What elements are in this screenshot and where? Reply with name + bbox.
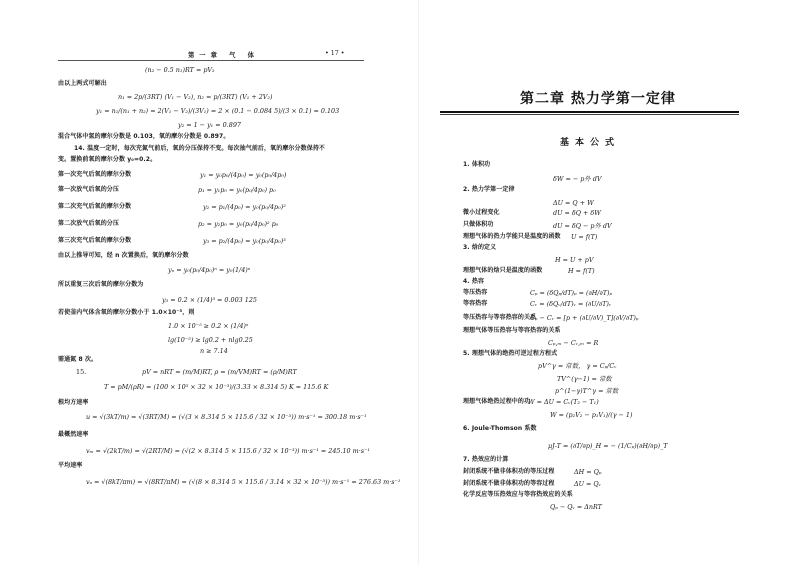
equation-n1-n2: n₁ = 2p/(3RT) (V₁ − V₂), n₂ = p/(3RT) (V… — [118, 93, 272, 101]
row-label: 理想气体等压热容与等容热容的关系 — [463, 327, 561, 335]
row-label: 封闭系统不做非体积功的等容过程 — [463, 480, 555, 488]
formula: δW = − p外 dV — [553, 174, 601, 183]
paragraph: 需通氮 8 次。 — [58, 356, 97, 364]
step-formula: y₁ = y₀p₀/(4p₀) = y₀(p₀/4p₀) — [200, 171, 286, 179]
equation-mean-speed: vₐ = √(8kT/πm) = √(8RT/πM) = (√(8 × 8.31… — [86, 478, 400, 486]
subheading: 根均方速率 — [58, 399, 89, 407]
subheading: 最概然速率 — [58, 431, 89, 439]
equation-temperature: T = pM/(ρR) = (100 × 10³ × 32 × 10⁻³)/(3… — [104, 383, 328, 391]
row-label: 理想气体绝热过程中的功 — [463, 398, 530, 406]
equation-log: lg(10⁻⁵) ≥ lg0.2 + nlg0.25 — [168, 336, 253, 344]
row-formula: H = f(T) — [568, 267, 595, 275]
paragraph: 变。置换前氧的摩尔分数 y₀=0.2。 — [58, 156, 156, 164]
row-label: 理想气体的热力学能只是温度的函数 — [463, 233, 561, 241]
step-formula: y₃ = p₂/(4p₀) = y₀(p₀/4p₀)³ — [203, 237, 286, 245]
equation-ideal-gas: pV = nRT = (m/M)RT, ρ = (m/VM)RT = (ρ/M)… — [142, 368, 297, 376]
subheading: 平均速率 — [58, 462, 82, 470]
heading-adiabatic: 5. 理想气体的绝热可逆过程方程式 — [463, 350, 557, 358]
equation-rms-speed: u = √(3kT/m) = √(3RT/M) = (√(3 × 8.314 5… — [86, 413, 367, 421]
chapter-rule — [440, 111, 739, 113]
row-formula: ΔU = Qᵥ — [574, 480, 601, 488]
row-label: 化学反应等压热效应与等容热效应的关系 — [463, 491, 573, 499]
paragraph: 所以重复三次后氧的摩尔分数为 — [58, 281, 143, 289]
left-page: 第一章 气 体 • 17 • (n₂ − 0.5 n₁)RT = pV₂ 由以上… — [0, 0, 420, 565]
row-formula: dU = δQ − p外 dV — [553, 221, 612, 230]
formula: pV^γ = 常数， γ = Cₚ/Cᵥ — [538, 361, 617, 370]
heading-heat-effect: 7. 热效应的计算 — [463, 456, 508, 464]
heading-first-law: 2. 热力学第一定律 — [463, 186, 515, 194]
row-formula: Cₚ − Cᵥ = [p + (∂U/∂V)_T](∂V/∂T)ₚ — [530, 314, 638, 322]
equation-inequality: 1.0 × 10⁻⁵ ≥ 0.2 × (1/4)ⁿ — [168, 322, 249, 330]
step-formula: p₂ = y₂p₀ = y₀(p₀/4p₀)² p₀ — [198, 220, 278, 228]
paragraph: 混合气体中氢的摩尔分数是 0.103，氧的摩尔分数是 0.897。 — [58, 133, 229, 141]
formula: ΔU = Q + W — [553, 199, 594, 207]
page-number: • 17 • — [325, 50, 344, 57]
equation-most-probable-speed: vₘ = √(2kT/m) = √(2RT/M) = (√(2 × 8.314 … — [86, 447, 370, 455]
step-label: 第二次放气后氧的分压 — [58, 220, 119, 228]
header-rule — [58, 60, 364, 61]
heading-enthalpy: 3. 焓的定义 — [463, 244, 496, 252]
row-formula: U = f(T) — [571, 233, 597, 241]
heading-joule-thomson: 6. Joule-Thomson 系数 — [463, 425, 537, 433]
step-label: 第一次放气后氧的分压 — [58, 186, 119, 194]
row-label: 理想气体的焓只是温度的函数 — [463, 267, 542, 275]
problem-15: 15. — [76, 368, 86, 376]
formula: μJ-T = (∂T/∂p)_H = − (1/Cₚ)(∂H/∂p)_T — [548, 442, 668, 450]
row-formula: dU = δQ + δW — [553, 209, 601, 217]
problem-14: 14. 温度一定时，每次充氮气前后，氧的分压保持不变。每次抽气前后，氧的摩尔分数… — [74, 145, 325, 153]
row-formula: ΔH = Qₚ — [574, 468, 601, 476]
equation-n2: (n₂ − 0.5 n₁)RT = pV₂ — [145, 66, 215, 74]
chapter-title: 第二章 热力学第一定律 — [520, 88, 676, 108]
step-formula: p₁ = y₁p₀ = y₀(p₀/4p₀) p₀ — [198, 186, 276, 194]
equation-yn: yₙ = y₀(p₀/4p₀)ⁿ = y₀(1/4)ⁿ — [168, 266, 250, 274]
heading-volume-work: 1. 体积功 — [463, 161, 490, 169]
equation-y3: y₃ = 0.2 × (1/4)³ = 0.003 125 — [162, 296, 257, 304]
formula: Qₚ − Qᵥ = ΔnRT — [550, 503, 602, 511]
row-label: 等容热容 — [463, 300, 487, 308]
row-label: 微小过程变化 — [463, 209, 500, 217]
row-label: 等压热容 — [463, 289, 487, 297]
formula: Cₚ,ₘ − Cᵥ,ₘ = R — [548, 339, 598, 347]
heading-heat-capacity: 4. 热容 — [463, 278, 484, 286]
step-label: 第一次充气后氧的摩尔分数 — [58, 171, 131, 179]
formula: p^(1−γ)T^γ = 常数 — [555, 386, 618, 395]
formula: TV^(γ−1) = 常数 — [557, 374, 612, 383]
paragraph: 由以上推导可知，经 n 次置换后，氧的摩尔分数 — [58, 252, 189, 260]
step-label: 第三次充气后氧的摩尔分数 — [58, 237, 131, 245]
equation-n: n ≥ 7.14 — [200, 347, 228, 355]
running-header: 第一章 气 体 — [188, 50, 259, 59]
row-formula: Cₚ = (δQₚ/dT)ₚ = (∂H/∂T)ₚ — [530, 289, 612, 297]
chapter-rule-thin — [440, 114, 739, 115]
equation-y1: y₁ = n₁/(n₁ + n₂) = 2(V₁ − V₂)/(3V₁) = 2… — [96, 107, 339, 115]
paragraph: 若使釜内气体含氧的摩尔分数小于 1.0×10⁻⁵，则 — [58, 309, 195, 317]
formula: W = (p₂V₂ − p₁V₁)/(γ − 1) — [550, 411, 633, 419]
section-title: 基本公式 — [560, 135, 620, 148]
step-formula: y₂ = p₁/(4p₀) = y₀(p₀/4p₀)² — [203, 203, 286, 211]
equation-y2: y₂ = 1 − y₁ = 0.897 — [178, 121, 241, 129]
row-formula: Cᵥ = (δQᵥ/dT)ᵥ = (∂U/∂T)ᵥ — [530, 300, 611, 308]
row-label: 等压热容与等容热容的关系 — [463, 314, 536, 322]
step-label: 第二次充气后氧的摩尔分数 — [58, 203, 131, 211]
right-page: 第二章 热力学第一定律 基本公式 1. 体积功 δW = − p外 dV 2. … — [420, 0, 800, 565]
row-label: 只做体积功 — [463, 221, 494, 229]
formula: H = U + pV — [555, 256, 594, 264]
paragraph: 由以上两式可解出 — [58, 80, 107, 88]
row-formula: W = ΔU = Cᵥ(T₂ − T₁) — [528, 398, 599, 406]
row-label: 封闭系统不做非体积功的等压过程 — [463, 468, 555, 476]
